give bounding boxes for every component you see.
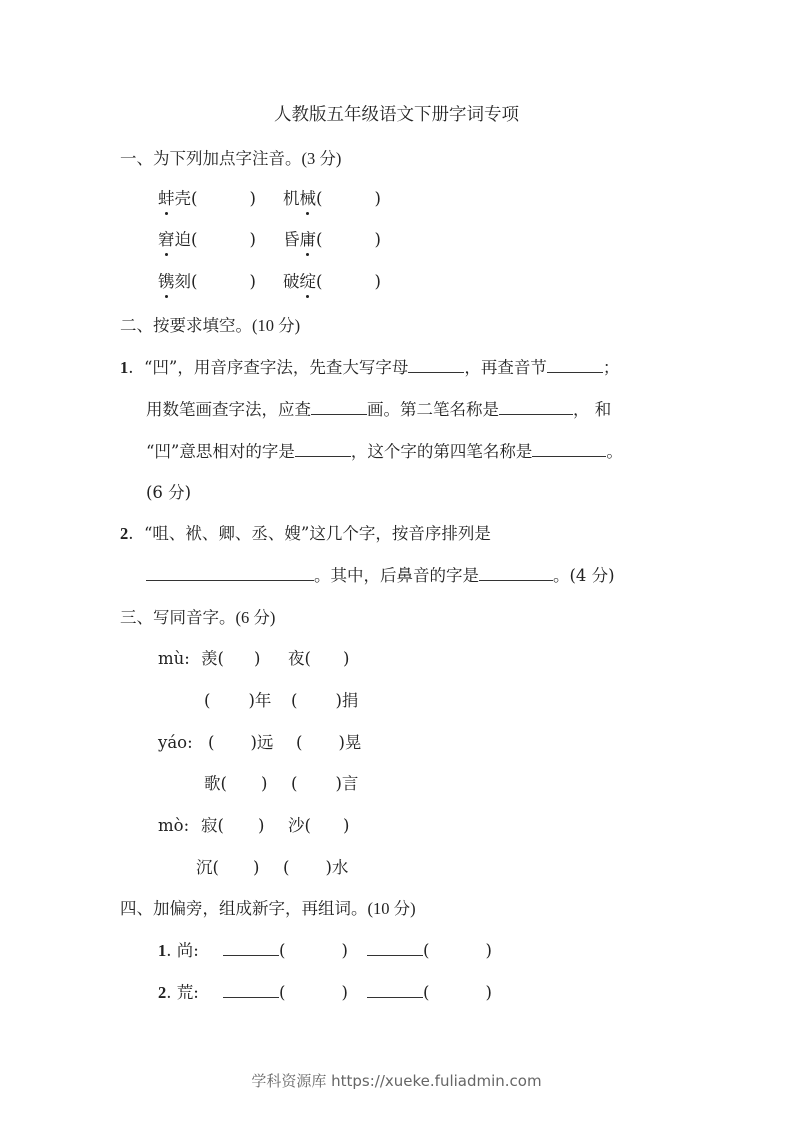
char: 迫 [175,230,192,249]
answer-blank[interactable] [311,400,367,415]
char: 刻 [175,272,192,291]
dotted-char: 蚌 [158,188,175,210]
heading-text: 一、为下列加点字注音。 [120,149,302,168]
pinyin-label: mò: [158,815,189,837]
dotted-char: 械 [300,188,317,210]
points: (10 分) [368,899,416,918]
text: ( [291,774,297,793]
text: 夜( [288,649,311,668]
answer-blank[interactable] [146,566,314,581]
radical-answer[interactable]: () [367,982,492,1004]
text: ( [296,733,302,752]
question-number: 1 [120,358,128,377]
text: ( [291,691,297,710]
text: )捐 [335,691,358,710]
char: 昏 [283,230,300,249]
num-dot: . [166,941,177,960]
answer-blank[interactable]: () [316,189,381,208]
question-1-points: (6 分) [146,482,191,504]
homophone-slot[interactable]: 寂() [201,815,264,837]
answer-blank[interactable] [408,358,464,373]
text: 歌( [204,774,227,793]
answer-blank[interactable]: () [316,230,381,249]
question-2-line-2: 。其中，后鼻音的字是。(4 分) [146,565,615,587]
text: “咀、袱、卿、丞、嫂”这几个字，按音序排列是 [144,524,491,543]
answer-blank[interactable] [295,442,351,457]
homophone-slot[interactable]: 歌() [204,773,267,795]
text: ) [254,649,260,668]
text: 。 [606,442,623,461]
question-1-line-3: “凹”意思相对的字是，这个字的第四笔名称是。 [146,441,623,463]
num-dot: . [128,358,144,377]
num-dot: . [128,524,144,543]
text: ； [603,358,620,377]
dotted-char: 庸 [300,229,317,251]
section-4-heading: 四、加偏旁，组成新字，再组词。(10 分) [120,898,416,920]
text: 羡( [201,649,224,668]
homophone-slot[interactable]: ()捐 [291,690,358,712]
base-char: 荒: [177,983,199,1002]
char: 壳 [175,189,192,208]
text: )远 [250,733,273,752]
homophone-slot[interactable]: ()言 [291,773,358,795]
heading-text: 三、写同音字。 [120,608,236,627]
points: (10 分) [252,316,300,335]
answer-blank[interactable] [223,983,279,998]
points: (3 分) [302,149,342,168]
num-dot: . [166,983,177,1002]
section-2-heading: 二、按要求填空。(10 分) [120,315,300,337]
text: )晃 [338,733,361,752]
heading-text: 四、加偏旁，组成新字，再组词。 [120,899,368,918]
answer-blank[interactable] [547,358,603,373]
radical-answer[interactable]: () [223,940,348,962]
answer-blank[interactable]: () [191,189,256,208]
char: 破 [283,272,300,291]
radical-answer[interactable]: () [223,982,348,1004]
pinyin-item: 破绽() [283,271,381,293]
text: ) [261,774,267,793]
question-1-line-1: 1. “凹”，用音序查字法，先查大写字母，再查音节； [120,357,619,379]
text: )言 [335,774,358,793]
text: 寂( [201,816,224,835]
text: “凹”，用音序查字法，先查大写字母 [144,358,408,377]
text: ) [343,816,349,835]
answer-blank[interactable] [499,400,573,415]
char: 机 [283,189,300,208]
homophone-slot[interactable]: 夜() [288,648,349,670]
text: 用数笔画查字法，应查 [146,400,311,419]
footer-watermark: 学科资源库 https://xueke.fuliadmin.com [0,1070,793,1091]
points: (6 分) [236,608,276,627]
pinyin-item: 窘迫() [158,229,256,251]
answer-blank[interactable] [532,442,606,457]
text: ，再查音节 [464,358,547,377]
text: )水 [325,858,348,877]
dotted-char: 绽 [300,271,317,293]
text: ) [253,858,259,877]
pinyin-item: 昏庸() [283,229,381,251]
text: 沉( [196,858,219,877]
pinyin-item: 机械() [283,188,381,210]
homophone-slot[interactable]: ()远 [208,732,273,754]
homophone-slot[interactable]: ()晃 [296,732,361,754]
section-1-heading: 一、为下列加点字注音。(3 分) [120,148,341,170]
homophone-slot[interactable]: 沉() [196,857,259,879]
radical-answer[interactable]: () [367,940,492,962]
pinyin-item: 镌刻() [158,271,256,293]
base-char: 尚: [177,941,199,960]
answer-blank[interactable] [479,566,553,581]
text: 沙( [288,816,311,835]
answer-blank[interactable]: () [191,230,256,249]
answer-blank[interactable] [223,941,279,956]
text: )年 [248,691,271,710]
radical-item: 2. 荒: [158,982,199,1004]
homophone-slot[interactable]: ()水 [283,857,348,879]
homophone-slot[interactable]: ()年 [204,690,271,712]
text: ( [204,691,210,710]
item-number: 2 [158,983,166,1002]
homophone-slot[interactable]: 沙() [288,815,349,837]
text: 。(4 分) [553,566,615,585]
dotted-char: 镌 [158,271,175,293]
text: ( [283,858,289,877]
answer-blank[interactable] [367,983,423,998]
text: 。其中，后鼻音的字是 [314,566,479,585]
question-number: 2 [120,524,128,543]
question-2-line-1: 2. “咀、袱、卿、丞、嫂”这几个字，按音序排列是 [120,523,491,545]
radical-item: 1. 尚: [158,940,199,962]
question-1-line-2: 用数笔画查字法，应查画。第二笔名称是， 和 [146,399,611,421]
pinyin-label: yáo: [158,732,193,754]
text: 画。第二笔名称是 [367,400,499,419]
text: ) [343,649,349,668]
answer-blank[interactable]: () [191,272,256,291]
pinyin-label: mù: [158,648,190,670]
dotted-char: 窘 [158,229,175,251]
text: ， 和 [573,400,611,419]
text: “凹”意思相对的字是 [146,442,295,461]
section-3-heading: 三、写同音字。(6 分) [120,607,275,629]
text: ，这个字的第四笔名称是 [351,442,533,461]
pinyin-item: 蚌壳() [158,188,256,210]
heading-text: 二、按要求填空。 [120,316,252,335]
page-title: 人教版五年级语文下册字词专项 [0,104,793,126]
text: ( [208,733,214,752]
answer-blank[interactable]: () [316,272,381,291]
homophone-slot[interactable]: 羡() [201,648,260,670]
item-number: 1 [158,941,166,960]
text: ) [258,816,264,835]
answer-blank[interactable] [367,941,423,956]
